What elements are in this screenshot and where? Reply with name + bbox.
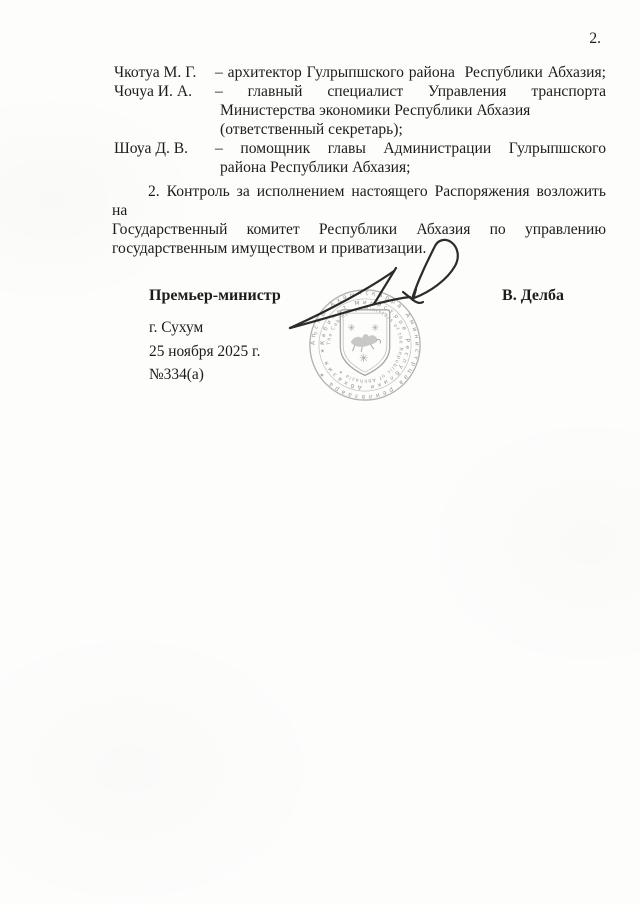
issue-date: 25 ноября 2025 г. xyxy=(149,342,260,361)
role-line: – главный специалист Управления транспор… xyxy=(215,82,606,101)
official-role: – архитектор Гулрыпшского района Республ… xyxy=(215,63,606,82)
signature-stroke xyxy=(290,297,410,328)
seal-horseman-icon xyxy=(351,334,381,352)
clause-line: 2. Контроль за исполнением настоящего Ра… xyxy=(112,182,606,220)
document-number: №334(а) xyxy=(149,365,260,384)
official-name: Чкотуа М. Г. xyxy=(114,63,215,82)
official-name: Чочуа И. А. xyxy=(114,82,215,101)
signer-title: Премьер-министр xyxy=(149,287,281,304)
role-line: – помощник главы Администрации Гулрыпшск… xyxy=(215,139,606,158)
roster-row: Шоуа Д. В. – помощник главы Администраци… xyxy=(114,139,606,177)
officials-roster: Чкотуа М. Г. – архитектор Гулрыпшского р… xyxy=(114,63,606,177)
issue-details: г. Сухум 25 ноября 2025 г. №334(а) xyxy=(149,318,260,389)
official-role: – главный специалист Управления транспор… xyxy=(215,82,606,139)
seal-star-icon: ✳ xyxy=(359,351,369,365)
page-number: 2. xyxy=(589,30,601,48)
handwritten-signature xyxy=(270,236,465,331)
official-name: Шоуа Д. В. xyxy=(114,139,215,158)
roster-row: Чкотуа М. Г. – архитектор Гулрыпшского р… xyxy=(114,63,606,82)
signature-graphic xyxy=(270,236,465,331)
role-line: – архитектор Гулрыпшского района Республ… xyxy=(215,63,606,82)
signature-stroke xyxy=(374,268,396,304)
signature-loop-stroke xyxy=(412,240,458,299)
signer-name: В. Делба xyxy=(502,287,564,304)
role-line: Министерства экономики Республики Абхази… xyxy=(215,101,606,120)
roster-row: Чочуа И. А. – главный специалист Управле… xyxy=(114,82,606,139)
document-page: 2. Чкотуа М. Г. – архитектор Гулрыпшског… xyxy=(0,0,640,905)
signature-stroke xyxy=(413,300,423,303)
issue-place: г. Сухум xyxy=(149,318,260,337)
role-line: района Республики Абхазия; xyxy=(215,158,606,177)
official-role: – помощник главы Администрации Гулрыпшск… xyxy=(215,139,606,177)
role-line: (ответственный секретарь); xyxy=(215,120,606,139)
signature-stroke xyxy=(290,271,394,328)
